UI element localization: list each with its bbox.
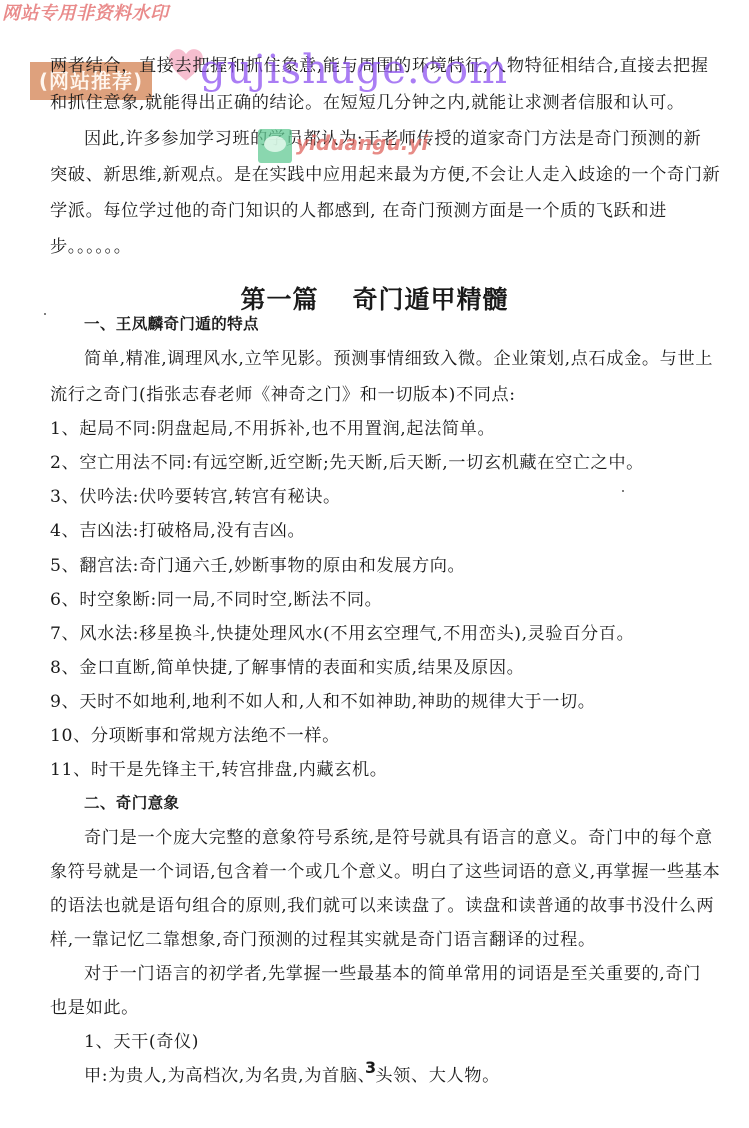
list-item: 9、天时不如地利,地利不如人和,人和不如神助,神助的规律大于一切。 (50, 690, 596, 714)
text-line: 样,一靠记忆二靠想象,奇门预测的过程其实就是奇门语言翻译的过程。 (50, 928, 596, 952)
text-line: 流行之奇门(指张志春老师《神奇之门》和一切版本)不同点: (50, 383, 516, 407)
list-item: 8、金口直断,简单快捷,了解事情的表面和实质,结果及原因。 (50, 656, 524, 680)
scan-speck (622, 490, 624, 492)
chapter-name: 奇门遁甲精髓 (353, 285, 509, 314)
list-item: 3、伏吟法:伏吟要转宫,转宫有秘诀。 (50, 485, 341, 509)
list-item: 6、时空象断:同一局,不同时空,断法不同。 (50, 588, 382, 612)
chat-bubble-icon (264, 136, 286, 152)
text-line: 学派。每位学过他的奇门知识的人都感到, 在奇门预测方面是一个质的飞跃和进 (50, 199, 667, 223)
text-line: 象符号就是一个词语,包含着一个或几个意义。明白了这些词语的意义,再掌握一些基本 (50, 860, 720, 884)
watermark-top-left: 网站专用非资料水印 (2, 2, 169, 26)
list-item: 5、翻宫法:奇门通六壬,妙断事物的原由和发展方向。 (50, 554, 465, 578)
list-item: 7、风水法:移星换斗,快捷处理风水(不用玄空理气,不用峦头),灵验百分百。 (50, 622, 634, 646)
list-item: 4、吉凶法:打破格局,没有吉凶。 (50, 519, 305, 543)
list-item: 10、分项断事和常规方法绝不一样。 (50, 724, 340, 748)
subsection-heading: 1、天干(奇仪) (84, 1030, 199, 1054)
watermark-site-secondary: yiduangu.yi (296, 130, 428, 156)
text-line: 奇门是一个庞大完整的意象符号系统,是符号就具有语言的意义。奇门中的每个意 (84, 826, 713, 850)
text-line: 对于一门语言的初学者,先掌握一些最基本的简单常用的词语是至关重要的,奇门 (84, 962, 701, 986)
list-item: 2、空亡用法不同:有远空断,近空断;先天断,后天断,一切玄机藏在空亡之中。 (50, 451, 644, 475)
list-item: 11、时干是先锋主干,转宫排盘,内藏玄机。 (50, 758, 388, 782)
watermark-site: gujishuge.com (200, 46, 508, 94)
text-line: 步。。。。。。 (50, 235, 132, 259)
chapter-number: 第一篇 (240, 285, 318, 314)
text-line: 和抓住意象,就能得出正确的结论。在短短几分钟之内,就能让求测者信服和认可。 (50, 91, 685, 115)
text-line: 简单,精准,调理风水,立竿见影。预测事情细致入微。企业策划,点石成金。与世上 (84, 347, 713, 371)
document-page: 网站专用非资料水印 (网站推荐) 两者结合，直接去把握和抓住象意,能与周围的环境… (0, 0, 749, 1128)
text-line: 甲:为贵人,为高档次,为名贵,为首脑、头领、大人物。 (84, 1064, 500, 1088)
section-heading: 二、奇门意象 (84, 791, 179, 815)
text-line: 的语法也就是语句组合的原则,我们就可以来读盘了。读盘和读普通的故事书没什么两 (50, 894, 714, 918)
scan-speck (44, 313, 46, 315)
list-item: 1、起局不同:阴盘起局,不用拆补,也不用置润,起法简单。 (50, 417, 495, 441)
text-line: 突破、新思维,新观点。是在实践中应用起来最为方便,不会让人走入歧途的一个奇门新 (50, 163, 720, 187)
section-heading: 一、王凤麟奇门遁的特点 (84, 312, 259, 336)
text-line: 也是如此。 (50, 996, 139, 1020)
page-number: 3 (365, 1058, 376, 1078)
